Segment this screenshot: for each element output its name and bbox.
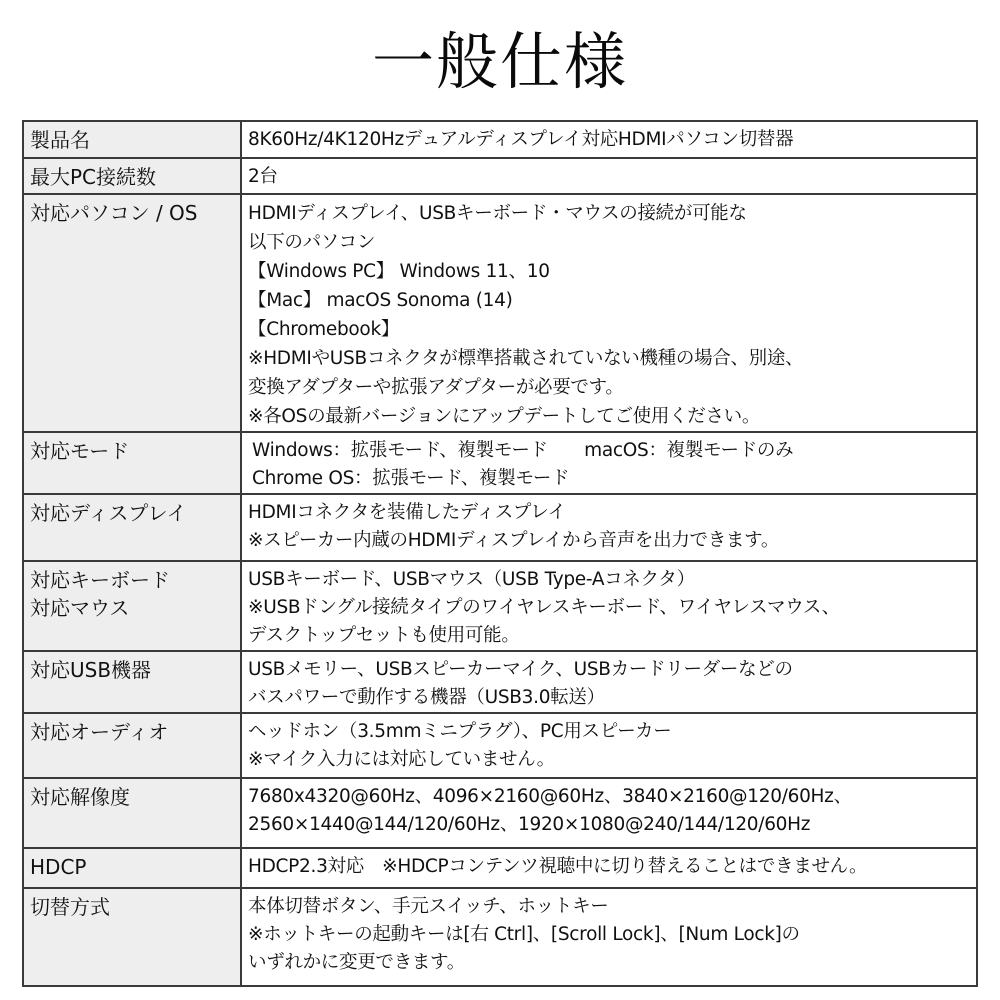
value-text: 2560×1440@144/120/60Hz、1920×1080@240/144… <box>248 811 976 839</box>
row-label: 製品名 <box>23 121 241 158</box>
value-text: Chrome OS：拡張モード、複製モード <box>248 465 976 493</box>
row-label: 最大PC接続数 <box>23 158 241 194</box>
value-text: ※マイク入力には対応していません。 <box>248 746 976 774</box>
label-text: 対応解像度 <box>30 783 240 811</box>
value-text: ※ホットキーの起動キーは[右 Ctrl]、[Scroll Lock]、[Num … <box>248 921 976 949</box>
row-label: 対応キーボード 対応マウス <box>23 561 241 651</box>
table-row-keyboard-mouse: 対応キーボード 対応マウス USBキーボード、USBマウス（USB Type-A… <box>23 561 977 651</box>
row-value: HDMIディスプレイ、USBキーボード・マウスの接続が可能な 以下のパソコン 【… <box>241 194 977 432</box>
page-title: 一般仕様 <box>0 22 1000 102</box>
row-value: ヘッドホン（3.5mmミニプラグ）、PC用スピーカー ※マイク入力には対応してい… <box>241 713 977 778</box>
label-text: 製品名 <box>30 126 240 154</box>
row-value: 8K60Hz/4K120Hzデュアルディスプレイ対応HDMIパソコン切替器 <box>241 121 977 158</box>
row-value: Windows：拡張モード、複製モード macOS：複製モードのみ Chrome… <box>241 432 977 494</box>
row-label: 対応モード <box>23 432 241 494</box>
value-text: いずれかに変更できます。 <box>248 949 976 977</box>
value-text: 8K60Hz/4K120Hzデュアルディスプレイ対応HDMIパソコン切替器 <box>248 126 976 154</box>
label-text: 対応ディスプレイ <box>30 499 240 527</box>
label-text: 対応マウス <box>30 594 240 622</box>
label-text: 対応キーボード <box>30 566 240 594</box>
value-text: ※HDMIやUSBコネクタが標準搭載されていない機種の場合、別途、 <box>248 344 976 373</box>
value-text: 本体切替ボタン、手元スイッチ、ホットキー <box>248 893 976 921</box>
row-label: HDCP <box>23 848 241 888</box>
value-text: HDMIコネクタを装備したディスプレイ <box>248 499 976 527</box>
table-row-usb-devices: 対応USB機器 USBメモリー、USBスピーカーマイク、USBカードリーダーなど… <box>23 651 977 713</box>
label-text: HDCP <box>30 853 240 881</box>
row-label: 切替方式 <box>23 888 241 986</box>
value-text: ※USBドングル接続タイプのワイヤレスキーボード、ワイヤレスマウス、 <box>248 594 976 622</box>
row-label: 対応USB機器 <box>23 651 241 713</box>
label-text: 対応パソコン / OS <box>30 199 240 227</box>
table-row-resolution: 対応解像度 7680x4320@60Hz、4096×2160@60Hz、3840… <box>23 778 977 848</box>
label-text: 最大PC接続数 <box>30 163 240 191</box>
value-text: HDMIディスプレイ、USBキーボード・マウスの接続が可能な <box>248 199 976 228</box>
table-row-product-name: 製品名 8K60Hz/4K120Hzデュアルディスプレイ対応HDMIパソコン切替… <box>23 121 977 158</box>
value-text: 2台 <box>248 163 976 191</box>
row-value: 2台 <box>241 158 977 194</box>
value-text: USBキーボード、USBマウス（USB Type-Aコネクタ） <box>248 566 976 594</box>
row-value: 7680x4320@60Hz、4096×2160@60Hz、3840×2160@… <box>241 778 977 848</box>
value-text: 以下のパソコン <box>248 228 976 257</box>
value-text: ※スピーカー内蔵のHDMIディスプレイから音声を出力できます。 <box>248 527 976 555</box>
table-row-supported-modes: 対応モード Windows：拡張モード、複製モード macOS：複製モードのみ … <box>23 432 977 494</box>
table-row-hdcp: HDCP HDCP2.3対応 ※HDCPコンテンツ視聴中に切り替えることはできま… <box>23 848 977 888</box>
label-text: 切替方式 <box>30 893 240 921</box>
value-text: HDCP2.3対応 ※HDCPコンテンツ視聴中に切り替えることはできません。 <box>248 853 976 881</box>
label-text: 対応オーディオ <box>30 718 240 746</box>
label-text: 対応モード <box>30 437 240 465</box>
row-value: HDCP2.3対応 ※HDCPコンテンツ視聴中に切り替えることはできません。 <box>241 848 977 888</box>
table-row-audio: 対応オーディオ ヘッドホン（3.5mmミニプラグ）、PC用スピーカー ※マイク入… <box>23 713 977 778</box>
table-row-supported-os: 対応パソコン / OS HDMIディスプレイ、USBキーボード・マウスの接続が可… <box>23 194 977 432</box>
row-value: 本体切替ボタン、手元スイッチ、ホットキー ※ホットキーの起動キーは[右 Ctrl… <box>241 888 977 986</box>
table-row-switching-method: 切替方式 本体切替ボタン、手元スイッチ、ホットキー ※ホットキーの起動キーは[右… <box>23 888 977 986</box>
value-text: バスパワーで動作する機器（USB3.0転送） <box>248 684 976 712</box>
value-text: 変換アダプターや拡張アダプターが必要です。 <box>248 373 976 402</box>
row-label: 対応解像度 <box>23 778 241 848</box>
row-label: 対応パソコン / OS <box>23 194 241 432</box>
row-value: USBメモリー、USBスピーカーマイク、USBカードリーダーなどの バスパワーで… <box>241 651 977 713</box>
value-text: ※各OSの最新バージョンにアップデートしてご使用ください。 <box>248 402 976 431</box>
table-row-max-pc: 最大PC接続数 2台 <box>23 158 977 194</box>
value-text: USBメモリー、USBスピーカーマイク、USBカードリーダーなどの <box>248 656 976 684</box>
row-label: 対応オーディオ <box>23 713 241 778</box>
value-text: 7680x4320@60Hz、4096×2160@60Hz、3840×2160@… <box>248 783 976 811</box>
row-value: USBキーボード、USBマウス（USB Type-Aコネクタ） ※USBドングル… <box>241 561 977 651</box>
table-row-supported-displays: 対応ディスプレイ HDMIコネクタを装備したディスプレイ ※スピーカー内蔵のHD… <box>23 494 977 561</box>
value-text: ヘッドホン（3.5mmミニプラグ）、PC用スピーカー <box>248 718 976 746</box>
spec-table: 製品名 8K60Hz/4K120Hzデュアルディスプレイ対応HDMIパソコン切替… <box>22 120 978 987</box>
value-text: 【Chromebook】 <box>248 315 976 344</box>
row-label: 対応ディスプレイ <box>23 494 241 561</box>
value-text: 【Mac】 macOS Sonoma (14) <box>248 286 976 315</box>
label-text: 対応USB機器 <box>30 656 240 684</box>
value-text: 【Windows PC】 Windows 11、10 <box>248 257 976 286</box>
row-value: HDMIコネクタを装備したディスプレイ ※スピーカー内蔵のHDMIディスプレイか… <box>241 494 977 561</box>
value-text: デスクトップセットも使用可能。 <box>248 622 976 650</box>
value-text: Windows：拡張モード、複製モード macOS：複製モードのみ <box>248 437 976 465</box>
